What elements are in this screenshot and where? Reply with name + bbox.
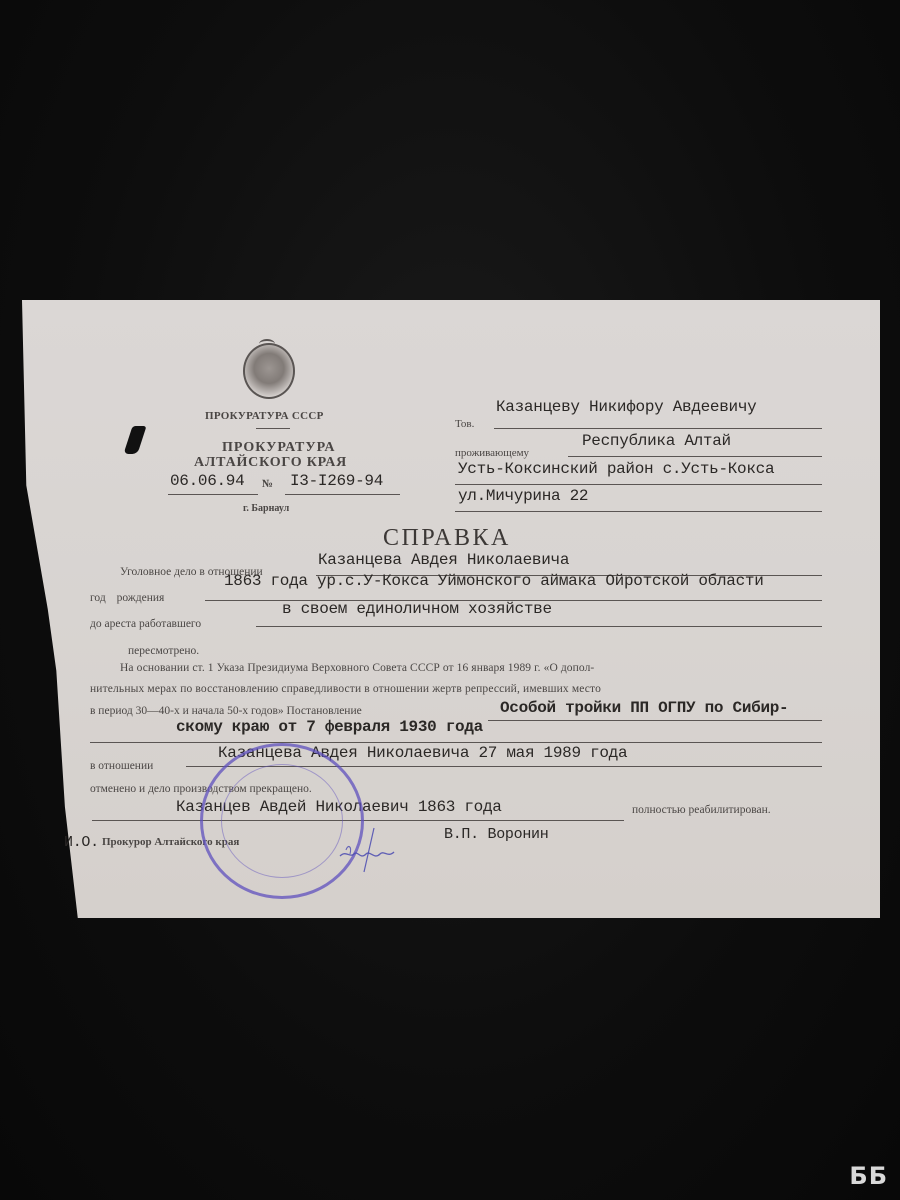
resolution-value2: скому краю от 7 февраля 1930 года [176, 718, 483, 736]
agency-top: ПРОКУРАТУРА СССР [205, 410, 324, 422]
agency-line2: АЛТАЙСКОГО КРАЯ [194, 455, 347, 471]
address1-underline [568, 456, 822, 457]
date-underline [168, 494, 258, 495]
work-label: до ареста работавшего [90, 618, 201, 630]
handwritten-signature [336, 820, 400, 876]
watermark-initials: ББ [849, 1162, 888, 1190]
work-underline [256, 626, 822, 627]
addressee-underline [494, 428, 822, 429]
address3-underline [455, 511, 822, 512]
residing-label: проживающему [455, 447, 529, 459]
address-line2: Усть-Коксинский район с.Усть-Кокса [458, 460, 774, 478]
agency-line1: ПРОКУРАТУРА [222, 440, 336, 456]
case-person: Казанцева Авдея Николаевича [318, 551, 569, 569]
city: г. Барнаул [243, 503, 289, 514]
ussr-coat-of-arms-icon [243, 343, 295, 399]
basis-line1: На основании ст. 1 Указа Президиума Верх… [120, 662, 594, 674]
resolution-value1: Особой тройки ПП ОГПУ по Сибир- [500, 699, 788, 717]
basis-line2: нительных мерах по восстановлению справе… [90, 683, 601, 695]
number-label: № [262, 478, 273, 490]
resolution2-underline [90, 742, 822, 743]
addressee-name: Казанцеву Никифору Авдеевичу [496, 398, 756, 416]
address-line1: Республика Алтай [582, 432, 731, 450]
basis-line3: в период 30—40-х и начала 50-х годов» По… [90, 705, 362, 717]
document-date: 06.06.94 [170, 472, 244, 490]
resolution1-underline [488, 720, 822, 721]
address-line3: ул.Мичурина 22 [458, 487, 588, 505]
birth-value: 1863 года ур.с.У-Кокса Уймонского аймака… [224, 572, 764, 590]
reviewed-text: пересмотрено. [128, 645, 199, 657]
regarding-label: в отношении [90, 760, 153, 772]
document-title: СПРАВКА [383, 525, 511, 552]
number-underline [285, 494, 400, 495]
birth-label: год рождения [90, 592, 164, 604]
signer-name: В.П. Воронин [444, 826, 548, 843]
rehab-label: полностью реабилитирован. [632, 804, 771, 816]
stamp-inner-ring [221, 764, 343, 878]
tov-label: Тов. [455, 418, 474, 430]
address2-underline [455, 484, 822, 485]
acting-abbrev: И.О. [64, 834, 99, 851]
header-divider [256, 428, 290, 429]
work-value: в своем единоличном хозяйстве [282, 600, 552, 618]
document-number: I3-I269-94 [290, 472, 383, 490]
